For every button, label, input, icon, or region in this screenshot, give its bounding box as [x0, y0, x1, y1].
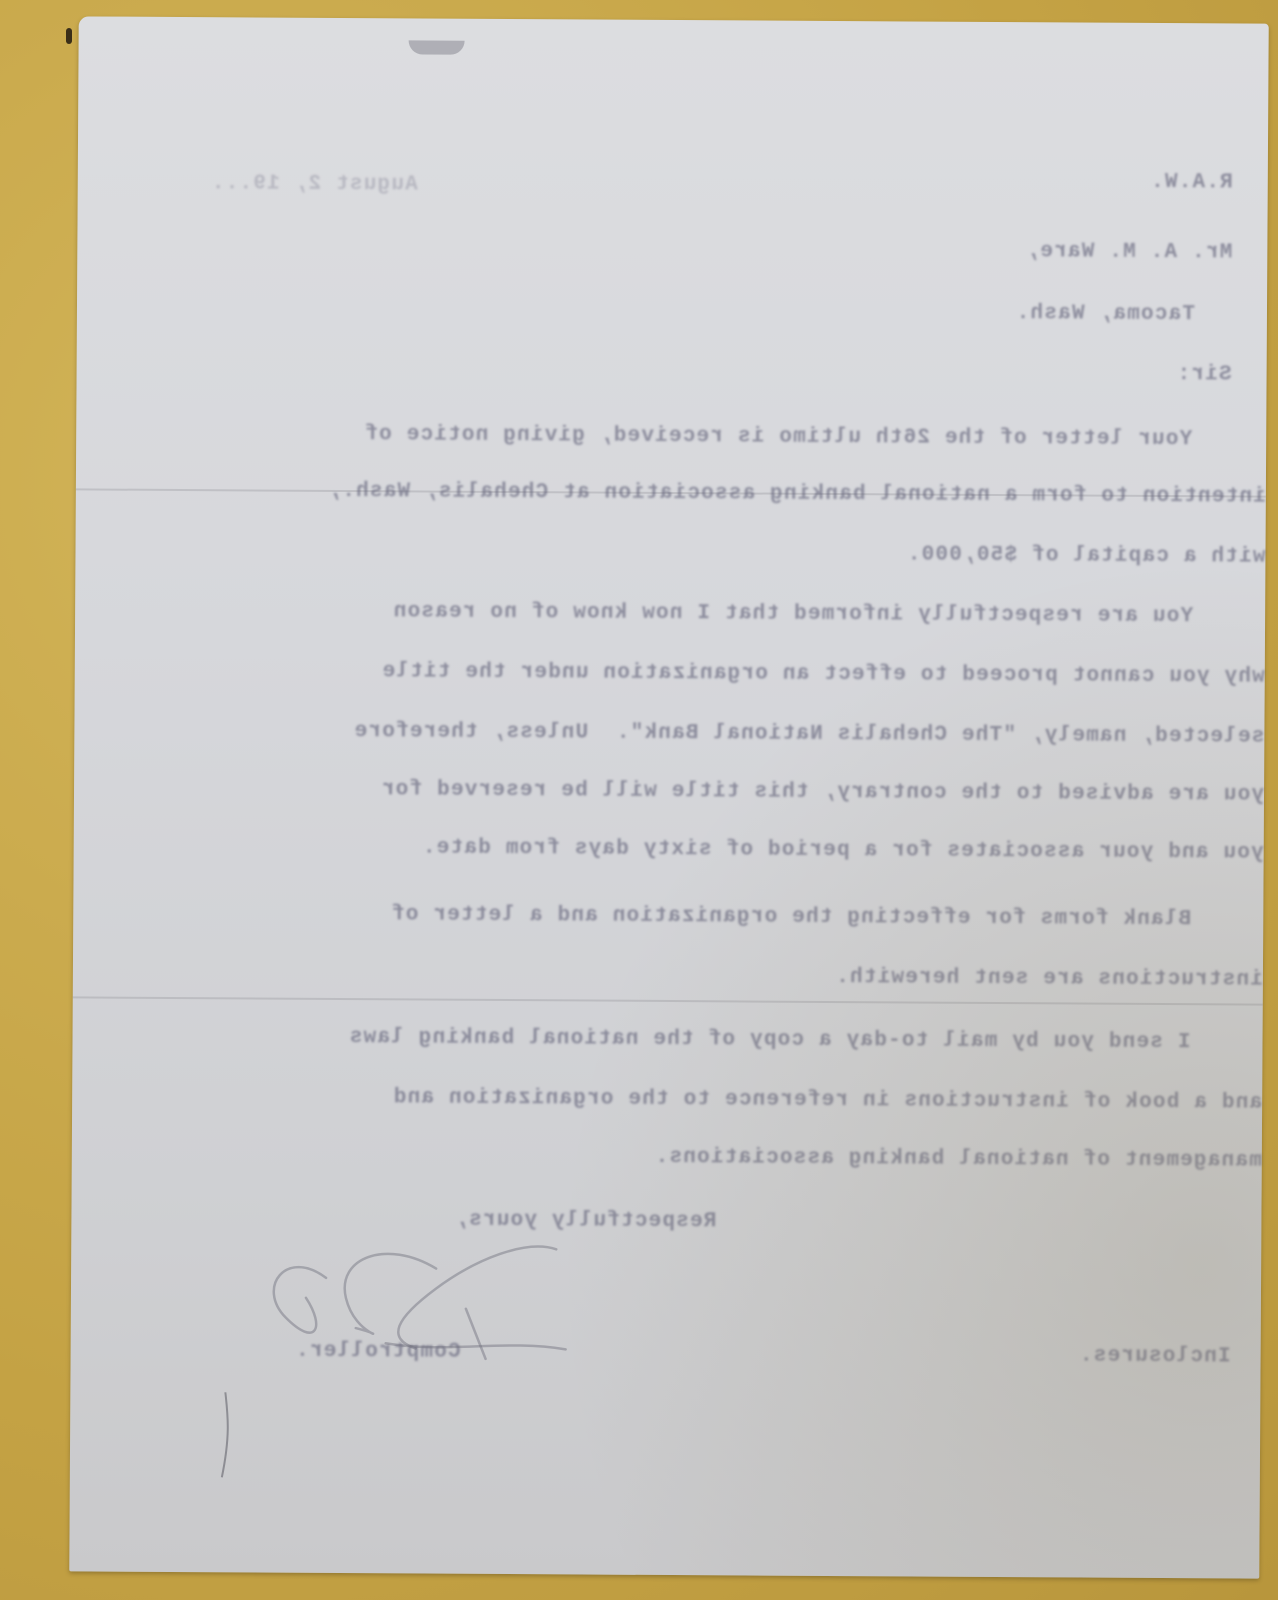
paragraph-line: why you cannot proceed to effect an orga… — [381, 660, 1264, 688]
enclosure-note: Inclosures. — [1079, 1345, 1231, 1369]
signature-icon — [165, 1217, 586, 1380]
paragraph-line: you are advised to the contrary, this ti… — [381, 778, 1264, 806]
paragraph-line: You are respectfully informed that I now… — [393, 600, 1194, 628]
paragraph-line: Your letter of the 26th ultimo is receiv… — [364, 423, 1192, 451]
date-line: August 2, 19... — [211, 172, 418, 196]
paragraph-line: you and your associates for a period of … — [422, 836, 1264, 864]
paragraph-line: management of national banking associati… — [654, 1146, 1261, 1173]
paragraph-line: Blank forms for effecting the organizati… — [391, 903, 1192, 931]
paragraph-line: with a capital of $50,000. — [907, 543, 1266, 568]
letter-sheet: R.A.W. August 2, 19... Mr. A. M. Ware, T… — [69, 16, 1268, 1578]
salutation: Sir: — [1176, 363, 1231, 386]
paragraph-line: and a book of instructions in reference … — [393, 1086, 1263, 1114]
paragraph-line: instructions are sent herewith. — [835, 966, 1263, 992]
tack-mark — [66, 28, 72, 44]
pencil-mark-icon — [210, 1387, 241, 1487]
recipient-city: Tacoma, Wash. — [1015, 302, 1195, 326]
paragraph-line: I send you by mail to-day a copy of the … — [349, 1026, 1191, 1054]
reference-initials: R.A.W. — [1150, 171, 1233, 195]
paragraph-line: intention to form a national banking ass… — [327, 480, 1266, 509]
recipient-name: Mr. A. M. Ware, — [1025, 240, 1232, 264]
paragraph-line: selected, namely, "The Chehalis National… — [353, 720, 1264, 749]
